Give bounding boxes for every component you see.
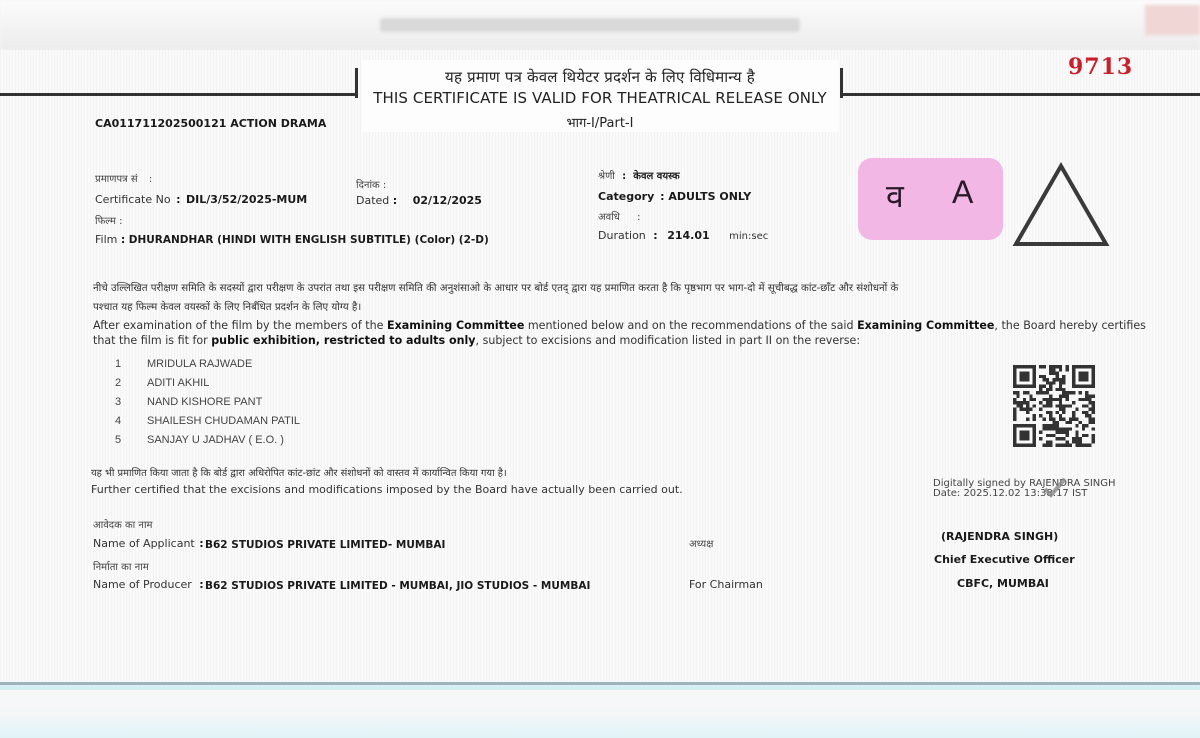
serial-number: 9713	[1068, 54, 1133, 80]
duration-unit: min:sec	[729, 231, 768, 242]
text: After examination of the film by the mem…	[93, 319, 387, 332]
further-certified-english: Further certified that the excisions and…	[91, 483, 683, 496]
applicant-value: B62 STUDIOS PRIVATE LIMITED- MUMBAI	[205, 539, 445, 551]
colon: :	[660, 190, 664, 203]
text-bold: Examining Committee	[857, 319, 994, 332]
digital-signature: Digitally signed by RAJENDRA SINGH Date:…	[933, 479, 1116, 499]
banner-hindi: यह प्रमाण पत्र केवल थियेटर प्रदर्शन के ल…	[362, 67, 838, 87]
certification-text-line1: After examination of the film by the mem…	[93, 319, 1146, 332]
certificate-no: Certificate No : DIL/3/52/2025-MUM	[95, 193, 307, 206]
duration-label: Duration	[598, 229, 646, 242]
rating-letter-english: A	[952, 174, 973, 211]
colon: :	[121, 233, 125, 246]
banner-english: THIS CERTIFICATE IS VALID FOR THEATRICAL…	[362, 89, 838, 107]
qr-code	[1012, 365, 1096, 447]
signature-check-icon	[1042, 476, 1068, 498]
member-number: 4	[115, 415, 121, 427]
certificate-no-label-hindi: प्रमाणपत्र सं :	[95, 171, 152, 185]
colon: :	[622, 171, 626, 182]
category: Category : ADULTS ONLY	[598, 190, 751, 203]
blurred-text	[380, 18, 800, 32]
header-rule-right	[842, 93, 1200, 96]
label-text: दिनांक	[356, 180, 380, 191]
chairman-label: For Chairman	[689, 578, 763, 591]
colon: :	[637, 212, 640, 223]
label-text: अवधि	[598, 212, 620, 223]
date-value: 02/12/2025	[413, 194, 482, 207]
rating-letter-hindi: व	[886, 174, 904, 217]
film: Film : DHURANDHAR (HINDI WITH ENGLISH SU…	[95, 233, 489, 246]
member-name: NAND KISHORE PANT	[147, 396, 262, 408]
colon: :	[393, 194, 397, 207]
member-name: SANJAY U JADHAV ( E.O. )	[147, 434, 284, 446]
certification-text-hindi-line1: नीचे उल्लिखित परीक्षण समिति के सदस्यों द…	[93, 280, 898, 294]
date-label-hindi: दिनांक :	[356, 177, 386, 191]
label-text: श्रेणी	[598, 171, 615, 182]
producer: Name of Producer :	[93, 578, 204, 591]
validity-banner: यह प्रमाण पत्र केवल थियेटर प्रदर्शन के ल…	[362, 60, 838, 132]
text-bold: public exhibition, restricted to adults …	[211, 334, 475, 347]
further-certified-hindi: यह भी प्रमाणित किया जाता है कि बोर्ड द्व…	[91, 466, 507, 479]
rating-badge: व A	[858, 158, 1003, 240]
text: mentioned below and on the recommendatio…	[524, 319, 857, 332]
triangle-icon	[1012, 162, 1110, 248]
certificate-no-value: DIL/3/52/2025-MUM	[186, 193, 307, 206]
header-rule-tick-left	[355, 68, 358, 98]
certificate-no-label: Certificate No	[95, 193, 171, 206]
signature-date: Date: 2025.12.02 13:38:17 IST	[933, 489, 1116, 499]
category-value: ADULTS ONLY	[668, 190, 751, 203]
producer-value: B62 STUDIOS PRIVATE LIMITED - MUMBAI, JI…	[205, 580, 590, 592]
date: Dated : 02/12/2025	[356, 194, 482, 207]
duration: Duration : 214.01 min:sec	[598, 229, 768, 242]
member-name: MRIDULA RAJWADE	[147, 358, 252, 370]
member-number: 1	[115, 358, 121, 370]
member-number: 3	[115, 396, 121, 408]
date-label: Dated	[356, 194, 389, 207]
film-label-hindi: फिल्म :	[95, 213, 123, 227]
colon: :	[149, 174, 152, 185]
category-value-hindi: केवल वयस्क	[633, 171, 679, 182]
duration-value: 214.01	[667, 229, 709, 242]
blurred-top-strip	[0, 0, 1200, 50]
member-name: ADITI AKHIL	[147, 377, 209, 389]
certification-text-hindi-line2: पश्चात यह फिल्म केवल वयस्कों के लिए निर्…	[93, 299, 361, 313]
text: , the Board hereby certifies	[994, 319, 1146, 332]
text-bold: Examining Committee	[387, 319, 524, 332]
signatory-title: Chief Executive Officer	[934, 553, 1075, 566]
duration-label-hindi: अवधि :	[598, 209, 641, 223]
film-label: Film	[95, 233, 117, 246]
certification-text-line2: that the film is fit for public exhibiti…	[93, 334, 860, 347]
signatory-office: CBFC, MUMBAI	[957, 577, 1049, 590]
colon: :	[176, 193, 180, 206]
category-label: Category	[598, 190, 654, 203]
applicant: Name of Applicant :	[93, 537, 204, 550]
member-number: 2	[115, 377, 121, 389]
applicant-label-hindi: आवेदक का नाम	[93, 517, 153, 531]
producer-label: Name of Producer	[93, 578, 192, 591]
header-rule-left	[0, 93, 358, 96]
page-footer-area	[0, 690, 1200, 738]
colon: :	[653, 229, 657, 242]
producer-label-hindi: निर्माता का नाम	[93, 559, 149, 573]
member-number: 5	[115, 434, 121, 446]
header-rule-tick-right	[840, 68, 843, 98]
chairman-label-hindi: अध्यक्ष	[689, 536, 713, 550]
signatory-name: (RAJENDRA SINGH)	[941, 530, 1058, 543]
category-label-hindi: श्रेणी : केवल वयस्क	[598, 168, 680, 182]
colon: :	[199, 537, 203, 550]
applicant-label: Name of Applicant	[93, 537, 195, 550]
label-text: प्रमाणपत्र सं	[95, 174, 138, 185]
colon: :	[383, 180, 386, 191]
blurred-mark	[1145, 5, 1200, 35]
text: , subject to excisions and modification …	[476, 334, 861, 347]
text: that the film is fit for	[93, 334, 211, 347]
reference-code: CA011711202500121 ACTION DRAMA	[95, 117, 326, 130]
colon: :	[119, 216, 122, 227]
colon: :	[199, 578, 203, 591]
film-value: DHURANDHAR (HINDI WITH ENGLISH SUBTITLE)…	[129, 234, 489, 246]
member-name: SHAILESH CHUDAMAN PATIL	[147, 415, 300, 427]
label-text: फिल्म	[95, 216, 116, 227]
banner-part: भाग-I/Part-I	[362, 113, 838, 131]
